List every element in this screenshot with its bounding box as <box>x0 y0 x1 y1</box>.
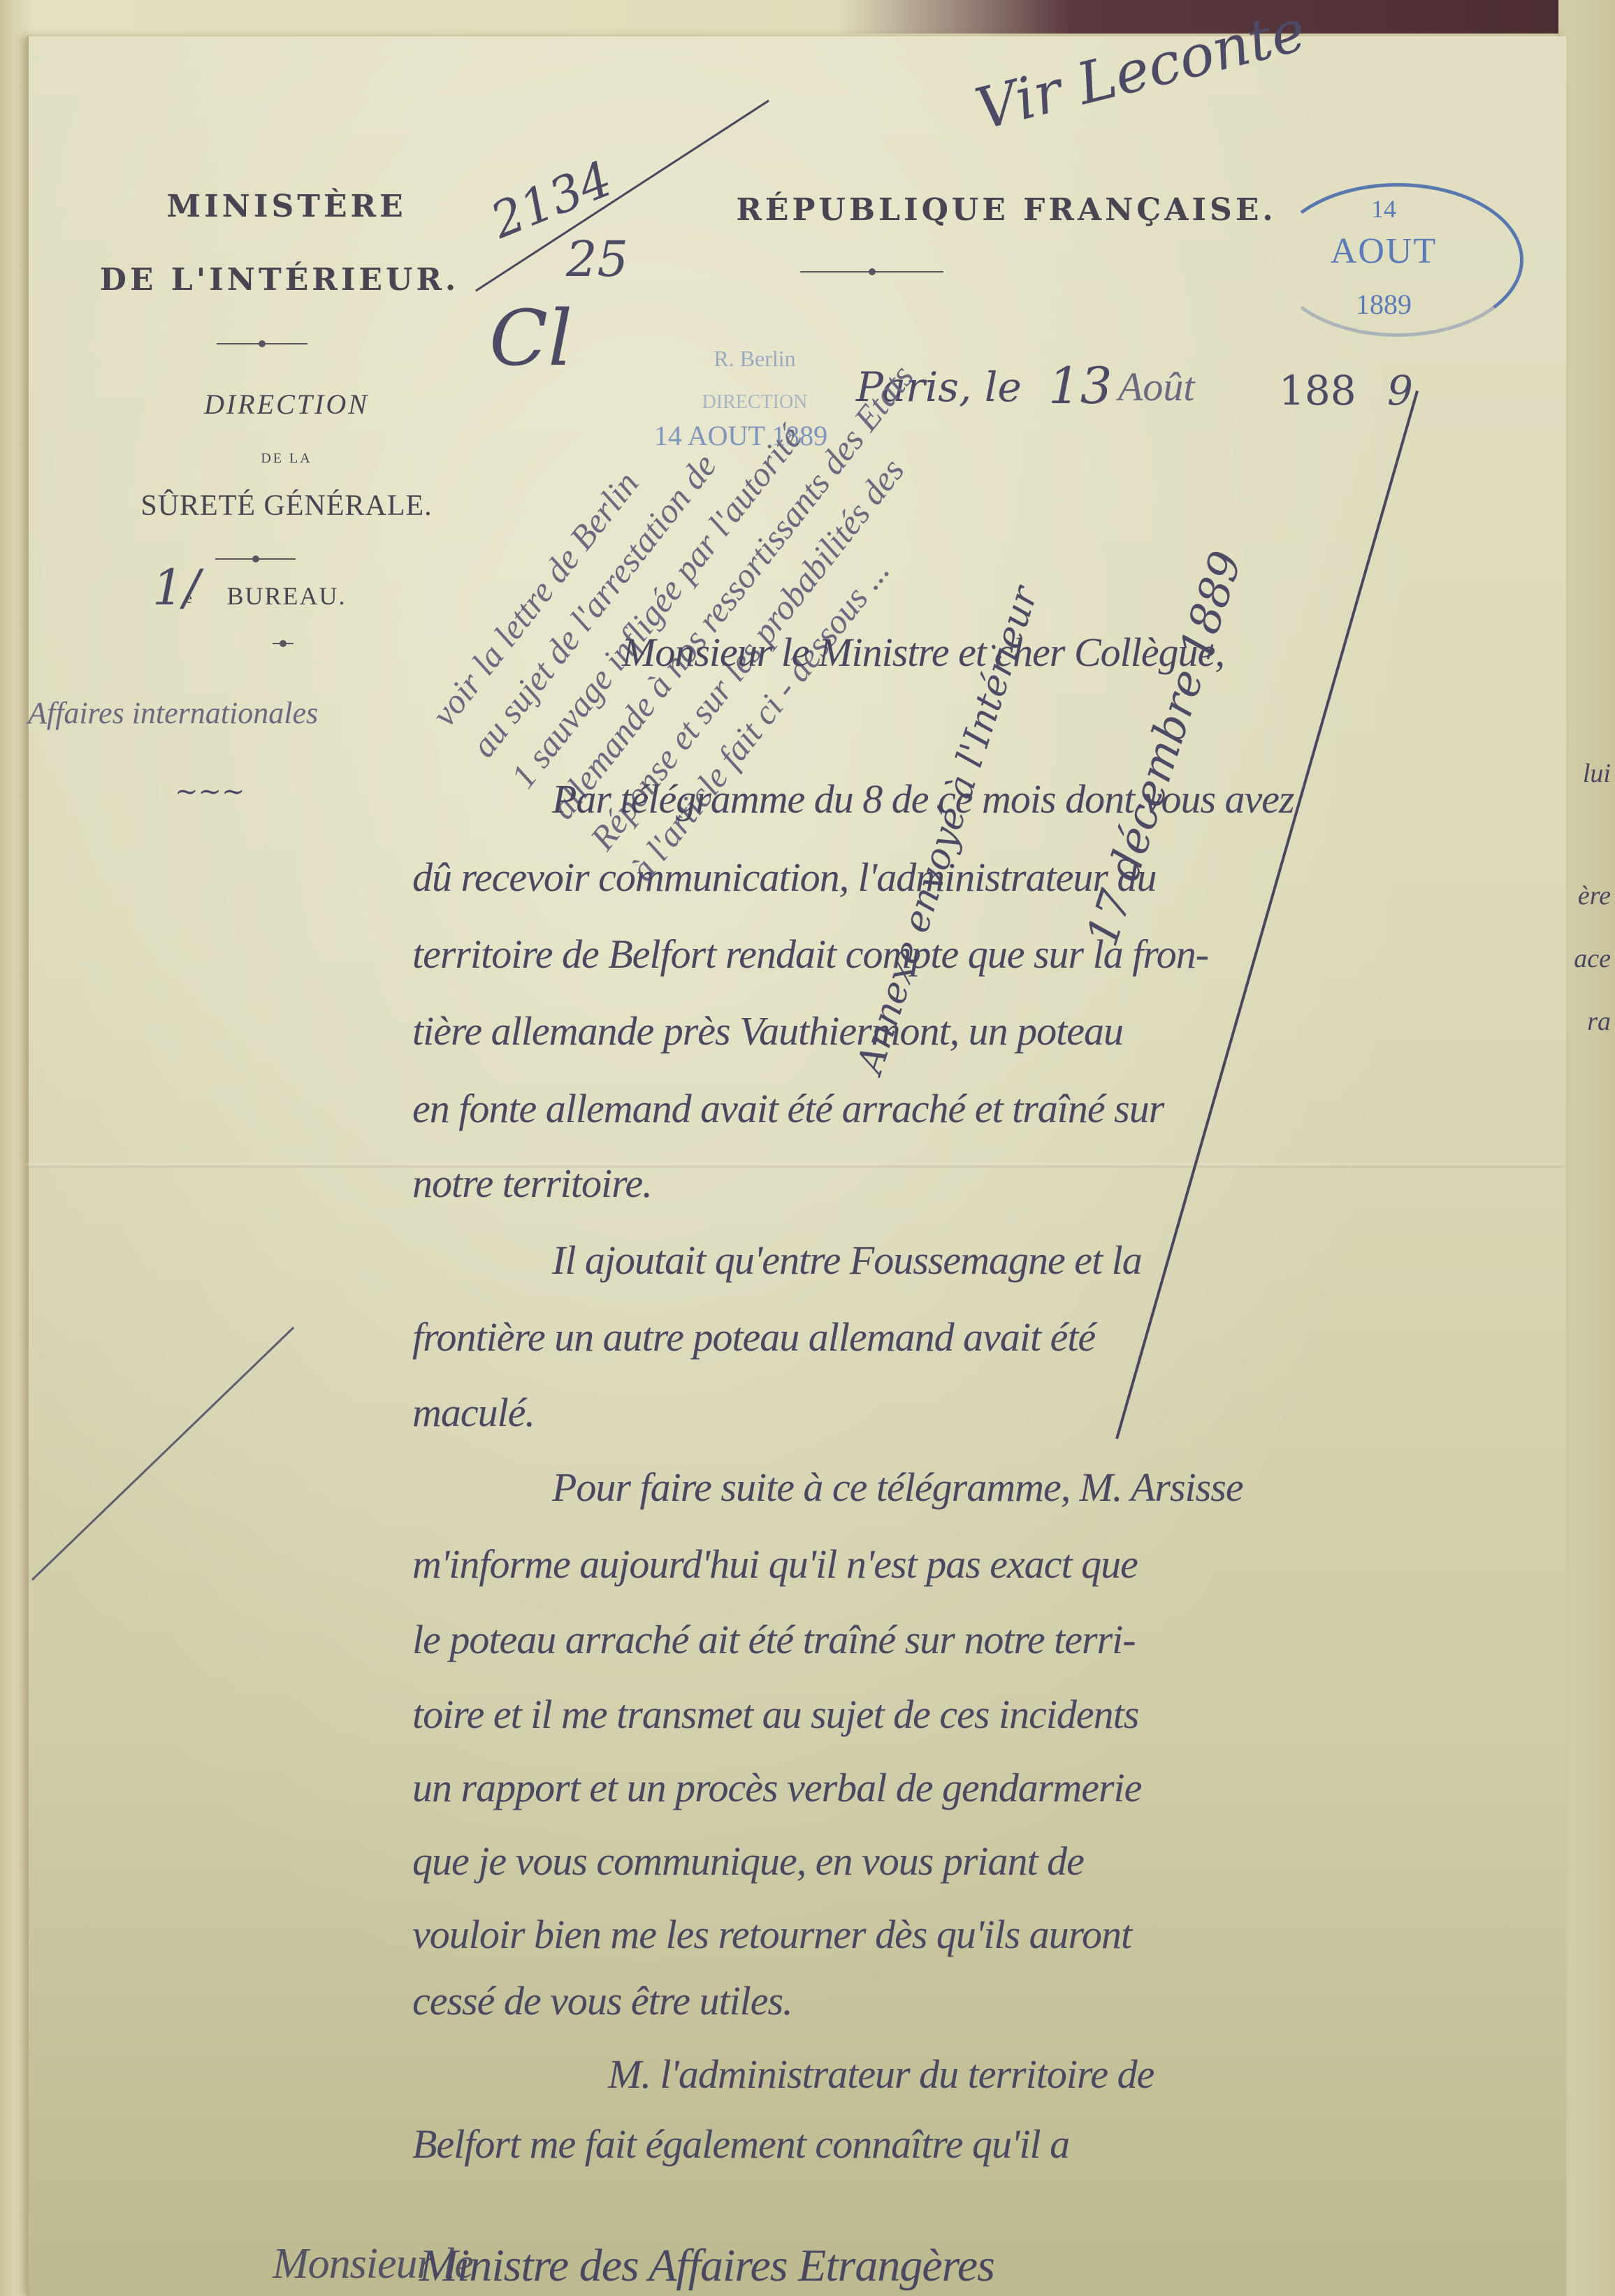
letter-line: cessé de vous être utiles. <box>412 1977 792 2024</box>
letter-line: un rapport et un procès verbal de gendar… <box>412 1764 1141 1811</box>
bureau-ordinal: e <box>185 589 192 607</box>
margin-fragment: ra <box>1587 1006 1611 1037</box>
salutation: Monsieur le Ministre et cher Collègue, <box>622 629 1224 676</box>
letter-line: Par télégramme du 8 de ce mois dont vous… <box>552 776 1294 822</box>
date-year: 188 <box>1279 367 1356 414</box>
margin-fragment: ère <box>1578 880 1611 911</box>
republic-rule <box>800 271 943 273</box>
short-rule <box>273 643 294 644</box>
letter-line: M. l'administrateur du territoire de <box>608 2051 1154 2098</box>
file-number-bottom: 25 <box>566 231 628 288</box>
letter-line: en fonte allemand avait été arraché et t… <box>412 1085 1164 1132</box>
department-flourish: ~~~ <box>175 776 245 808</box>
margin-fragment: ace <box>1574 943 1611 974</box>
direction-of-label: DE LA <box>210 451 363 467</box>
arrival-stamp-day: 14 <box>1328 194 1440 224</box>
ministry-line2: DE L'INTÉRIEUR. <box>91 262 468 298</box>
ornament-divider <box>215 558 296 560</box>
department-note: Affaires internationales <box>28 695 318 731</box>
letter-line: frontière un autre poteau allemand avait… <box>412 1314 1095 1360</box>
letter-line: Pour faire suite à ce télégramme, M. Ars… <box>552 1464 1243 1511</box>
letter-line: m'informe aujourd'hui qu'il n'est pas ex… <box>412 1541 1138 1587</box>
letter-line: territoire de Belfort rendait compte que… <box>412 931 1208 978</box>
date-month: Août <box>1118 363 1195 410</box>
arrival-stamp-year: 1889 <box>1328 288 1440 321</box>
underlying-page-edge: lui ère ace ra <box>1558 0 1615 2296</box>
letter-line: toire et il me transmet au sujet de ces … <box>412 1691 1138 1738</box>
letter-line: Il ajoutait qu'entre Foussemagne et la <box>552 1237 1142 1284</box>
letter-line: dû recevoir communication, l'administrat… <box>412 854 1157 901</box>
margin-fragment: lui <box>1583 758 1611 789</box>
letter-line: notre territoire. <box>412 1160 652 1207</box>
letter-line: vouloir bien me les retourner dès qu'ils… <box>412 1911 1131 1958</box>
letter-line: que je vous communique, en vous priant d… <box>412 1838 1084 1884</box>
republic-header: RÉPUBLIQUE FRANÇAISE. <box>706 192 1307 228</box>
surete-generale-label: SÛRETÉ GÉNÉRALE. <box>126 489 447 523</box>
arrival-stamp-month: AOUT <box>1300 231 1468 272</box>
direction-label: DIRECTION <box>140 388 433 421</box>
letter-line: Belfort me fait également connaître qu'i… <box>412 2121 1069 2167</box>
letter-line: maculé. <box>412 1389 535 1436</box>
ministry-line1: MINISTÈRE <box>126 189 447 224</box>
addressee: Ministre des Affaires Etrangères <box>419 2239 994 2293</box>
bureau-number: 1/ <box>152 559 200 616</box>
page-fold <box>27 1163 1564 1168</box>
date-day: 13 <box>1048 356 1113 415</box>
initial-mark: Cl <box>489 293 572 383</box>
date-year-suffix: 9 <box>1387 367 1413 414</box>
letter-line: le poteau arraché ait été traîné sur not… <box>412 1616 1136 1663</box>
bureau-label: BUREAU. <box>210 581 363 611</box>
ornament-divider <box>217 343 307 344</box>
letter-line: tière allemande près Vauthiermont, un po… <box>412 1008 1123 1054</box>
